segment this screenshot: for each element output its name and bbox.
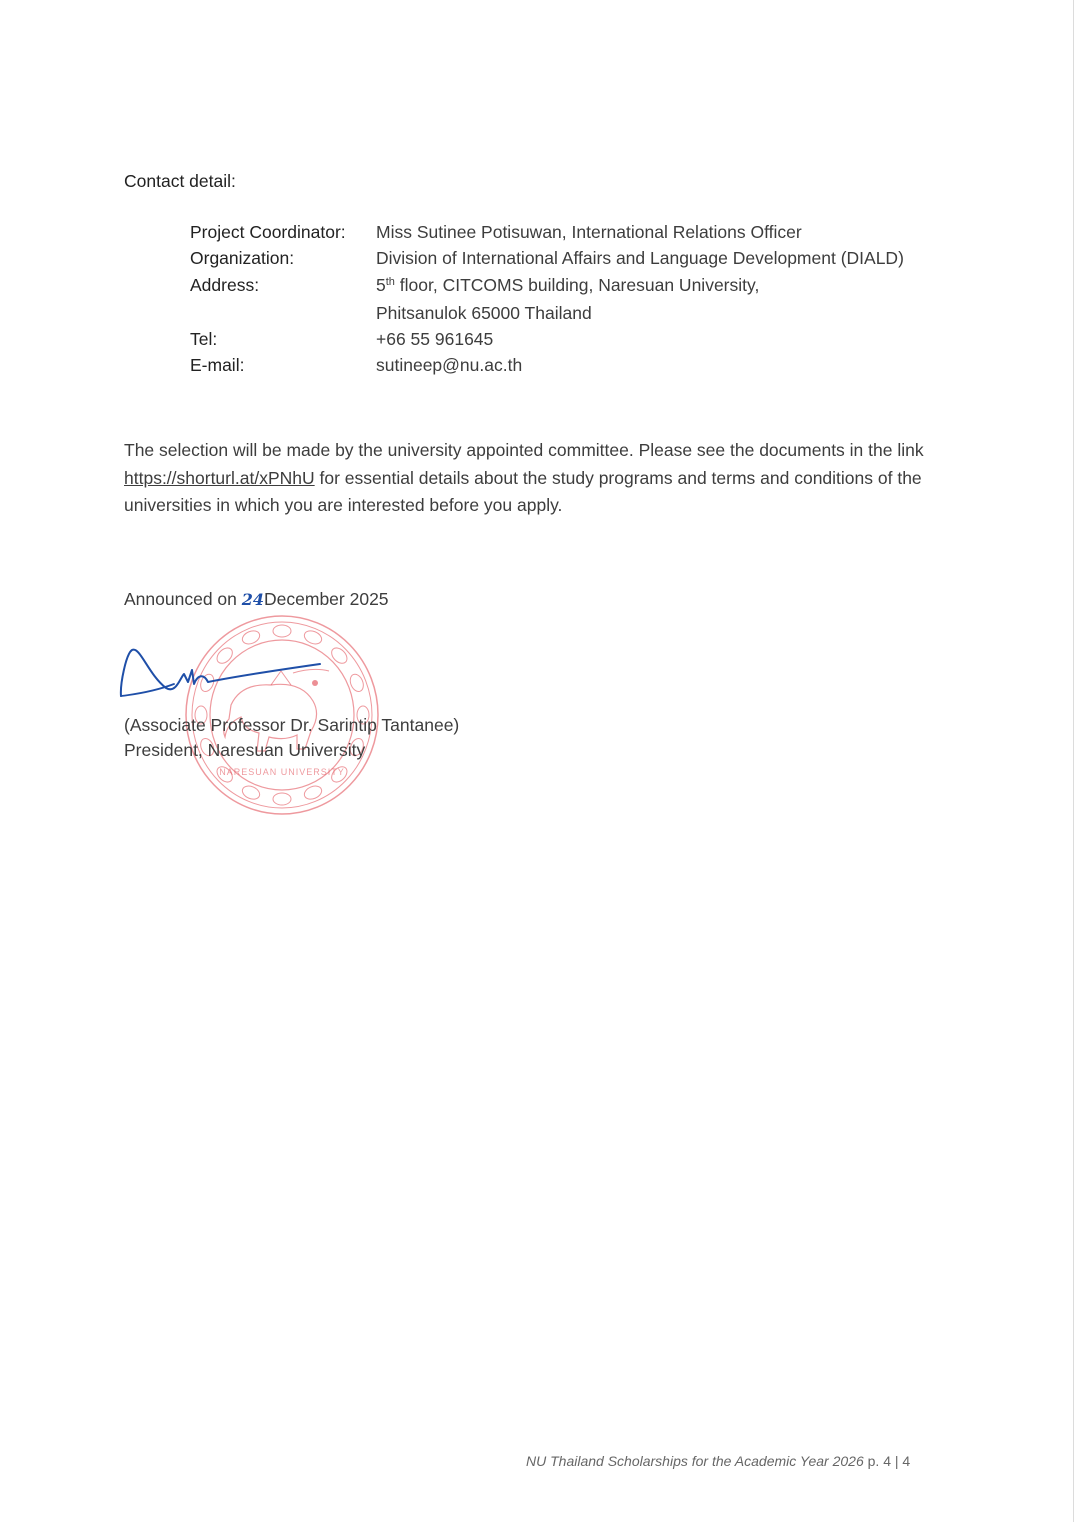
selection-paragraph: The selection will be made by the univer…	[124, 437, 964, 520]
contact-table: Project Coordinator: Miss Sutinee Potisu…	[190, 219, 904, 378]
footer-title: NU Thailand Scholarships for the Academi…	[526, 1453, 864, 1469]
email-value: sutineep@nu.ac.th	[376, 355, 522, 376]
svg-text:NARESUAN UNIVERSITY: NARESUAN UNIVERSITY	[219, 767, 345, 777]
coordinator-value: Miss Sutinee Potisuwan, International Re…	[376, 222, 802, 243]
contact-row-address-2: Phitsanulok 65000 Thailand	[190, 300, 904, 326]
address-line2: Phitsanulok 65000 Thailand	[376, 303, 592, 324]
announcement-line: Announced on 24December 2025	[124, 589, 389, 610]
contact-row-address: Address: 5th floor, CITCOMS building, Na…	[190, 271, 904, 300]
page-footer: NU Thailand Scholarships for the Academi…	[526, 1453, 910, 1469]
contact-row-organization: Organization: Division of International …	[190, 245, 904, 271]
announcement-prefix: Announced on	[124, 589, 242, 609]
address-line1: 5th floor, CITCOMS building, Naresuan Un…	[376, 275, 759, 296]
signature-icon	[118, 644, 328, 702]
organization-value: Division of International Affairs and La…	[376, 248, 904, 269]
floor-number: 5	[376, 275, 386, 295]
contact-row-tel: Tel: +66 55 961645	[190, 326, 904, 352]
address-line1-rest: floor, CITCOMS building, Naresuan Univer…	[395, 275, 759, 295]
contact-row-coordinator: Project Coordinator: Miss Sutinee Potisu…	[190, 219, 904, 245]
page-edge	[1073, 0, 1074, 1522]
tel-value: +66 55 961645	[376, 329, 493, 350]
contact-row-email: E-mail: sutineep@nu.ac.th	[190, 352, 904, 378]
address-label: Address:	[190, 275, 376, 296]
signatory-block: (Associate Professor Dr. Sarintip Tantan…	[124, 713, 459, 763]
documents-link[interactable]: https://shorturl.at/xPNhU	[124, 468, 315, 488]
signatory-name: (Associate Professor Dr. Sarintip Tantan…	[124, 713, 459, 738]
selection-text-1: The selection will be made by the univer…	[124, 440, 924, 460]
tel-label: Tel:	[190, 329, 376, 350]
handwritten-day: 24	[242, 590, 264, 609]
signatory-position: President, Naresuan University	[124, 738, 459, 763]
coordinator-label: Project Coordinator:	[190, 222, 376, 243]
email-label: E-mail:	[190, 355, 376, 376]
section-heading: Contact detail:	[124, 171, 236, 192]
announcement-month-year: December 2025	[264, 589, 389, 609]
floor-suffix: th	[386, 276, 395, 288]
organization-label: Organization:	[190, 248, 376, 269]
footer-page-number: p. 4 | 4	[864, 1453, 910, 1469]
